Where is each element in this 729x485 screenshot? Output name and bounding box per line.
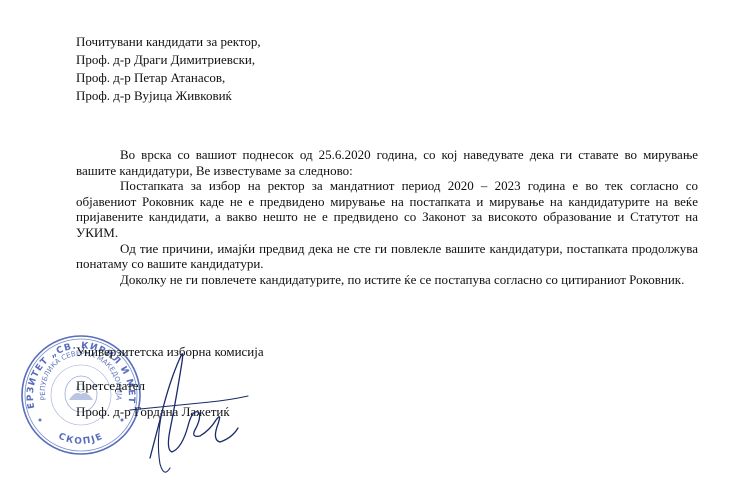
addressee-line: Проф. д-р Драги Димитриевски, — [76, 52, 255, 68]
body-line: Доколку не ги повлечете кандидатурите, п… — [76, 272, 698, 288]
body-line: Постапката за избор на ректор за мандатн… — [76, 178, 698, 194]
letter-body: Во врска со вашиот поднесок од 25.6.2020… — [76, 147, 698, 287]
addressee-line: Проф. д-р Вујица Живковиќ — [76, 88, 232, 104]
body-line: вашите кандидатури, Ве известуваме за сл… — [76, 163, 698, 179]
addressee-line: Почитувани кандидати за ректор, — [76, 34, 261, 50]
svg-text:СКОПЈЕ: СКОПЈЕ — [57, 432, 106, 447]
body-line: пријавените кандидати, а вакво нешто не … — [76, 209, 698, 225]
body-line: Од тие причини, имајќи предвид дека не с… — [76, 241, 698, 257]
addressee-line: Проф. д-р Петар Атанасов, — [76, 70, 225, 86]
body-line: понатаму со вашите кандидатури. — [76, 256, 698, 272]
body-line: УКИМ. — [76, 225, 698, 241]
body-line: објавениот Роковник каде не е предвидено… — [76, 194, 698, 210]
body-line: Во врска со вашиот поднесок од 25.6.2020… — [76, 147, 698, 163]
handwritten-signature-icon — [100, 340, 250, 485]
